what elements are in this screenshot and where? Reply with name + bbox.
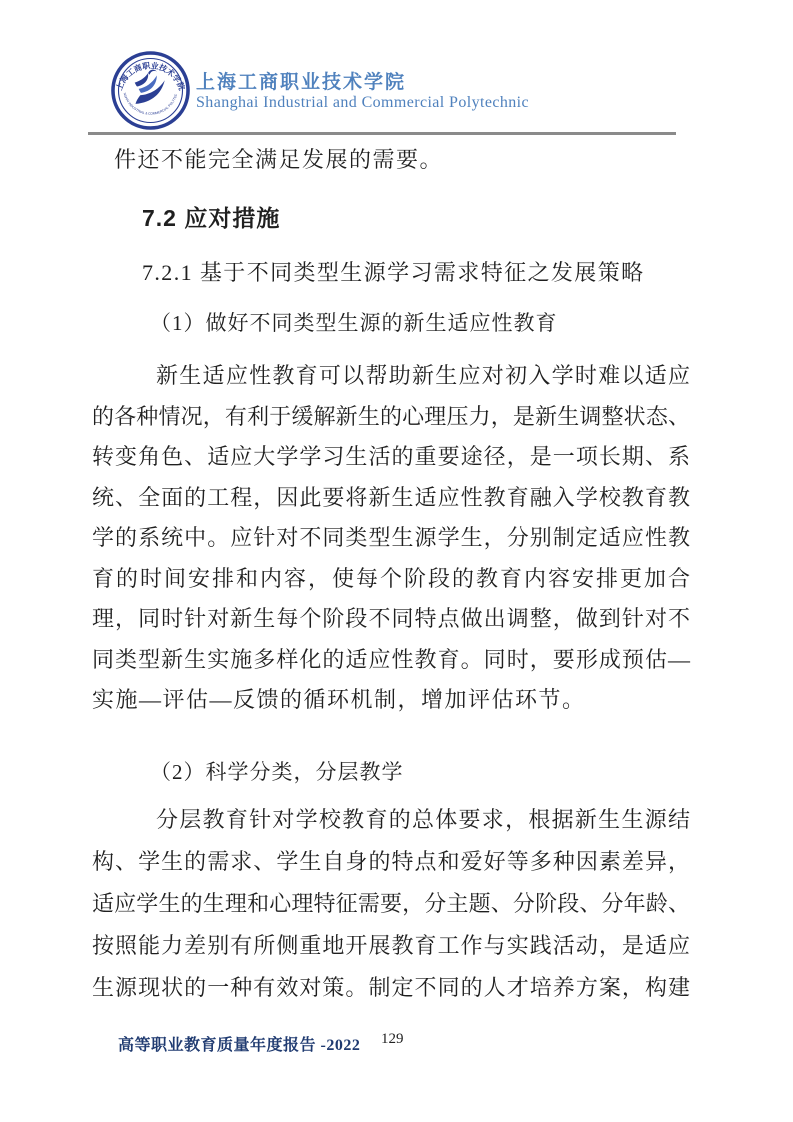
paragraph-line: 育的时间安排和内容，使每个阶段的教育内容安排更加合 bbox=[92, 559, 690, 600]
paragraph-line: 生源现状的一种有效对策。制定不同的人才培养方案，构建 bbox=[92, 967, 690, 1009]
school-name-en: Shanghai Industrial and Commercial Polyt… bbox=[196, 94, 529, 112]
school-emblem-logo: 上海工商职业技术学院 SHANGHAI INDUSTRIAL & COMMERC… bbox=[111, 51, 190, 130]
paragraph-line: 实施—评估—反馈的循环机制，增加评估环节。 bbox=[92, 680, 690, 721]
paragraph-line: 理，同时针对新生每个阶段不同特点做出调整，做到针对不 bbox=[92, 599, 690, 640]
paragraph-line: 同类型新生实施多样化的适应性教育。同时，要形成预估— bbox=[92, 640, 690, 681]
paragraph-line: 按照能力差别有所侧重地开展教育工作与实践活动，是适应 bbox=[92, 925, 690, 967]
paragraph-line: 分层教育针对学校教育的总体要求，根据新生生源结 bbox=[92, 799, 690, 841]
paragraph-line: 新生适应性教育可以帮助新生应对初入学时难以适应 bbox=[92, 356, 690, 397]
item-heading-1: （1）做好不同类型生源的新生适应性教育 bbox=[150, 307, 558, 337]
paragraph-2: 分层教育针对学校教育的总体要求，根据新生生源结 构、学生的需求、学生自身的特点和… bbox=[92, 799, 690, 1009]
school-name-zh: 上海工商职业技术学院 bbox=[196, 67, 406, 94]
paragraph-line: 学的系统中。应针对不同类型生源学生，分别制定适应性教 bbox=[92, 518, 690, 559]
paragraph-line: 的各种情况，有利于缓解新生的心理压力，是新生调整状态、 bbox=[92, 397, 690, 438]
subsection-heading-7-2-1: 7.2.1 基于不同类型生源学习需求特征之发展策略 bbox=[142, 256, 645, 287]
header-rule bbox=[88, 132, 676, 135]
page-number: 129 bbox=[381, 1031, 404, 1048]
carryover-line: 件还不能完全满足发展的需要。 bbox=[114, 143, 443, 174]
paragraph-1: 新生适应性教育可以帮助新生应对初入学时难以适应 的各种情况，有利于缓解新生的心理… bbox=[92, 356, 690, 721]
paragraph-line: 统、全面的工程，因此要将新生适应性教育融入学校教育教 bbox=[92, 478, 690, 519]
document-page: 上海工商职业技术学院 SHANGHAI INDUSTRIAL & COMMERC… bbox=[0, 0, 793, 1122]
paragraph-line: 适应学生的生理和心理特征需要，分主题、分阶段、分年龄、 bbox=[92, 883, 690, 925]
paragraph-line: 转变角色、适应大学学习生活的重要途径，是一项长期、系 bbox=[92, 437, 690, 478]
item-heading-2: （2）科学分类，分层教学 bbox=[150, 756, 404, 786]
section-heading-7-2: 7.2 应对措施 bbox=[142, 200, 280, 233]
footer-report-title: 高等职业教育质量年度报告 -2022 bbox=[118, 1032, 360, 1055]
paragraph-line: 构、学生的需求、学生自身的特点和爱好等多种因素差异， bbox=[92, 841, 690, 883]
